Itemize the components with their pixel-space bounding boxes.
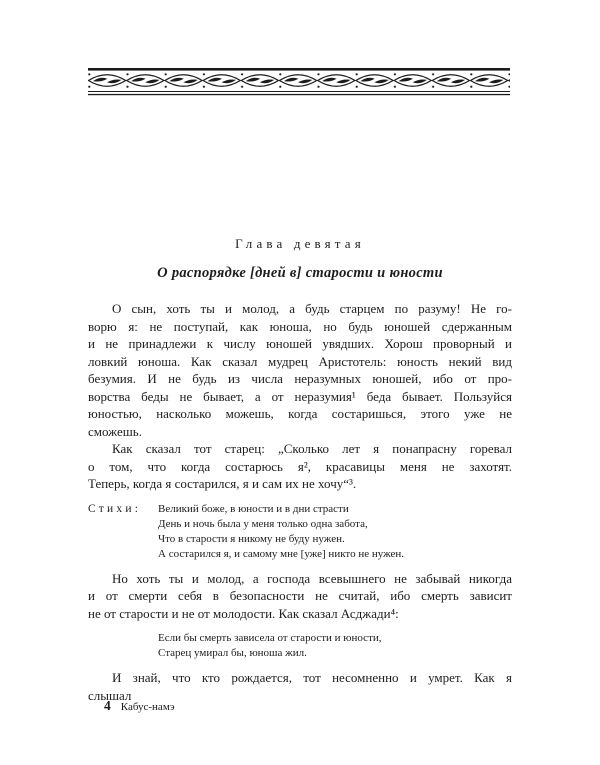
- verse-block-1: Стихи: Великий боже, в юности и в дни ст…: [88, 502, 512, 562]
- text-line: юностью, насколько можешь, когда состари…: [88, 405, 512, 423]
- paragraph-3: Но хоть ты и молод, а господа всевышнего…: [88, 570, 512, 623]
- text-line: ворства беды не бывает, а от неразумия¹ …: [88, 388, 512, 406]
- text-line: ловкий юноша. Как сказал мудрец Аристоте…: [88, 353, 512, 371]
- signature-number: 4: [104, 698, 111, 713]
- text-line: сможешь.: [88, 423, 512, 441]
- text-line: безумия. И не будь из числа неразумных ю…: [88, 370, 512, 388]
- verse-line: День и ночь была у меня только одна забо…: [158, 517, 512, 532]
- text-line: не от старости и не от молодости. Как ск…: [88, 605, 512, 623]
- chapter-subtitle: О распорядке [дней в] старости и юности: [88, 265, 512, 282]
- verse-line: Старец умирал бы, юноша жил.: [158, 646, 512, 661]
- verse-line: Если бы смерть зависела от старости и юн…: [158, 631, 512, 646]
- text-line: Теперь, когда я состарился, я и сам их н…: [88, 475, 512, 493]
- leaf-chain-ornament-icon: [88, 68, 510, 96]
- text-line: и от смерти себя в безопасности не счита…: [88, 587, 512, 605]
- verse-label: Стихи:: [88, 502, 141, 517]
- text-line: Но хоть ты и молод, а господа всевышнего…: [88, 570, 512, 588]
- verse-lines: Великий боже, в юности и в дни страстиДе…: [88, 502, 512, 562]
- book-title: Кабус-намэ: [121, 701, 175, 713]
- text-line: Как сказал тот старец: „Сколько лет я по…: [88, 440, 512, 458]
- running-footer: 4Кабус-намэ: [104, 697, 175, 715]
- ornament-band: [88, 68, 512, 96]
- verse-block-2: Если бы смерть зависела от старости и юн…: [88, 631, 512, 661]
- text-line: ворю я: не поступай, как юноша, но будь …: [88, 318, 512, 336]
- text-line: О сын, хоть ты и молод, а будь старцем п…: [88, 300, 512, 318]
- verse-lines: Если бы смерть зависела от старости и юн…: [88, 631, 512, 661]
- body-text: О сын, хоть ты и молод, а будь старцем п…: [88, 300, 512, 704]
- text-line: И знай, что кто рождается, тот несомненн…: [88, 669, 512, 687]
- text-line: о том, что когда состарюсь я², красавицы…: [88, 458, 512, 476]
- verse-line: Что в старости я никому не буду нужен.: [158, 532, 512, 547]
- paragraph-2: Как сказал тот старец: „Сколько лет я по…: [88, 440, 512, 493]
- chapter-heading: Глава девятая: [88, 236, 512, 252]
- text-block: Глава девятая О распорядке [дней в] стар…: [88, 0, 512, 704]
- paragraph-1: О сын, хоть ты и молод, а будь старцем п…: [88, 300, 512, 440]
- text-line: и не принадлежи к числу юношей увядших. …: [88, 335, 512, 353]
- verse-line: А состарился я, и самому мне [уже] никто…: [158, 547, 512, 562]
- book-page: Глава девятая О распорядке [дней в] стар…: [0, 0, 600, 765]
- verse-line: Великий боже, в юности и в дни страсти: [158, 502, 512, 517]
